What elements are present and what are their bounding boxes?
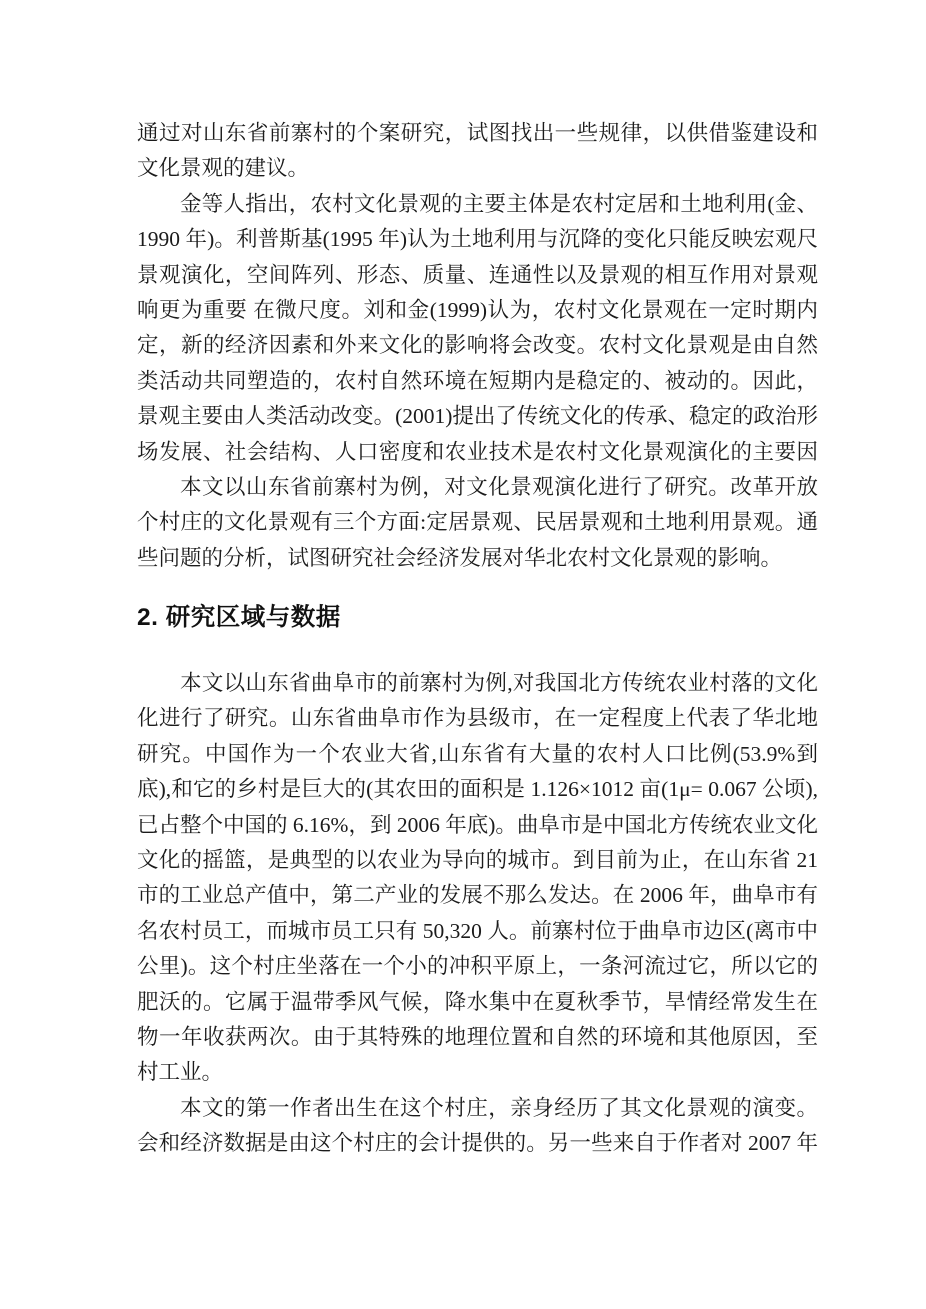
text-line: 本文以山东省曲阜市的前寨村为例,对我国北方传统农业村落的文化景观演 [137, 666, 818, 701]
text-line: 景观主要由人类活动改变。(2001)提出了传统文化的传承、稳定的政治形势、市 [137, 399, 818, 434]
text-line: 肥沃的。它属于温带季风气候，降水集中在夏秋季节，旱情经常发生在春季，作 [137, 985, 818, 1020]
text-line: 金等人指出，农村文化景观的主要主体是农村定居和土地利用(金、金等， [137, 187, 818, 222]
text-line: 本文的第一作者出生在这个村庄，亲身经历了其文化景观的演变。本文的社 [137, 1091, 818, 1126]
text-line: 定，新的经济因素和外来文化的影响将会改变。农村文化景观是由自然环境和人 [137, 328, 818, 363]
text-line: 场发展、社会结构、人口密度和农业技术是农村文化景观演化的主要因素。 [137, 435, 818, 470]
text-line: 文化的摇篮，是典型的以农业为导向的城市。到目前为止，在山东省 21 个县级 [137, 843, 818, 878]
text-line: 1990 年)。利普斯基(1995 年)认为土地利用与沉降的变化只能反映宏观尺度… [137, 222, 818, 257]
text-line: 响更为重要 在微尺度。刘和金(1999)认为，农村文化景观在一定时期内保持稳 [137, 293, 818, 328]
text-line: 类活动共同塑造的，农村自然环境在短期内是稳定的、被动的。因此，农村文化 [137, 364, 818, 399]
text-line: 村工业。 [137, 1055, 818, 1090]
document-page: 通过对山东省前寨村的个案研究，试图找出一些规律，以供借鉴建设和保护农村文化景观的… [0, 0, 926, 1309]
paragraph: 本文以山东省曲阜市的前寨村为例,对我国北方传统农业村落的文化景观演化进行了研究。… [137, 666, 818, 1091]
text-line: 景观演化，空间阵列、形态、质量、连通性以及景观的相互作用对景观演化的影 [137, 258, 818, 293]
text-line: 已占整个中国的 6.16%，到 2006 年底)。曲阜市是中国北方传统农业文化的… [137, 808, 818, 843]
text-line: 文化景观的建议。 [137, 151, 818, 186]
text-line: 通过对山东省前寨村的个案研究，试图找出一些规律，以供借鉴建设和保护农村 [137, 116, 818, 151]
text-line: 物一年收获两次。由于其特殊的地理位置和自然的环境和其他原因，至今没有农 [137, 1020, 818, 1055]
text-line: 本文以山东省前寨村为例，对文化景观演化进行了研究。改革开放以来，这 [137, 470, 818, 505]
paragraph: 金等人指出，农村文化景观的主要主体是农村定居和土地利用(金、金等，1990 年)… [137, 187, 818, 470]
paragraph: 通过对山东省前寨村的个案研究，试图找出一些规律，以供借鉴建设和保护农村文化景观的… [137, 116, 818, 187]
text-line: 公里)。这个村庄坐落在一个小的冲积平原上，一条河流过它，所以它的农田是 [137, 949, 818, 984]
text-line: 化进行了研究。山东省曲阜市作为县级市，在一定程度上代表了华北地区农村的 [137, 701, 818, 736]
paragraph: 本文的第一作者出生在这个村庄，亲身经历了其文化景观的演变。本文的社会和经济数据是… [137, 1091, 818, 1162]
text-line: 研究。中国作为一个农业大省,山东省有大量的农村人口比例(53.9%到 2006 … [137, 737, 818, 772]
section-heading: 2. 研究区域与数据 [137, 600, 818, 636]
text-line: 会和经济数据是由这个村庄的会计提供的。另一些来自于作者对 2007 年 50 户… [137, 1126, 818, 1161]
text-line: 市的工业总产值中，第二产业的发展不那么发达。在 2006 年，曲阜市有 2875… [137, 878, 818, 913]
text-line: 名农村员工，而城市员工只有 50,320 人。前寨村位于曲阜市边区(离市中心 2… [137, 914, 818, 949]
text-line: 底),和它的乡村是巨大的(其农田的面积是 1.126×1012 亩(1μ= 0.… [137, 772, 818, 807]
paragraph: 本文以山东省前寨村为例，对文化景观演化进行了研究。改革开放以来，这个村庄的文化景… [137, 470, 818, 576]
text-line: 些问题的分析，试图研究社会经济发展对华北农村文化景观的影响。 [137, 541, 818, 576]
text-line: 个村庄的文化景观有三个方面:定居景观、民居景观和土地利用景观。通过对这 [137, 505, 818, 540]
